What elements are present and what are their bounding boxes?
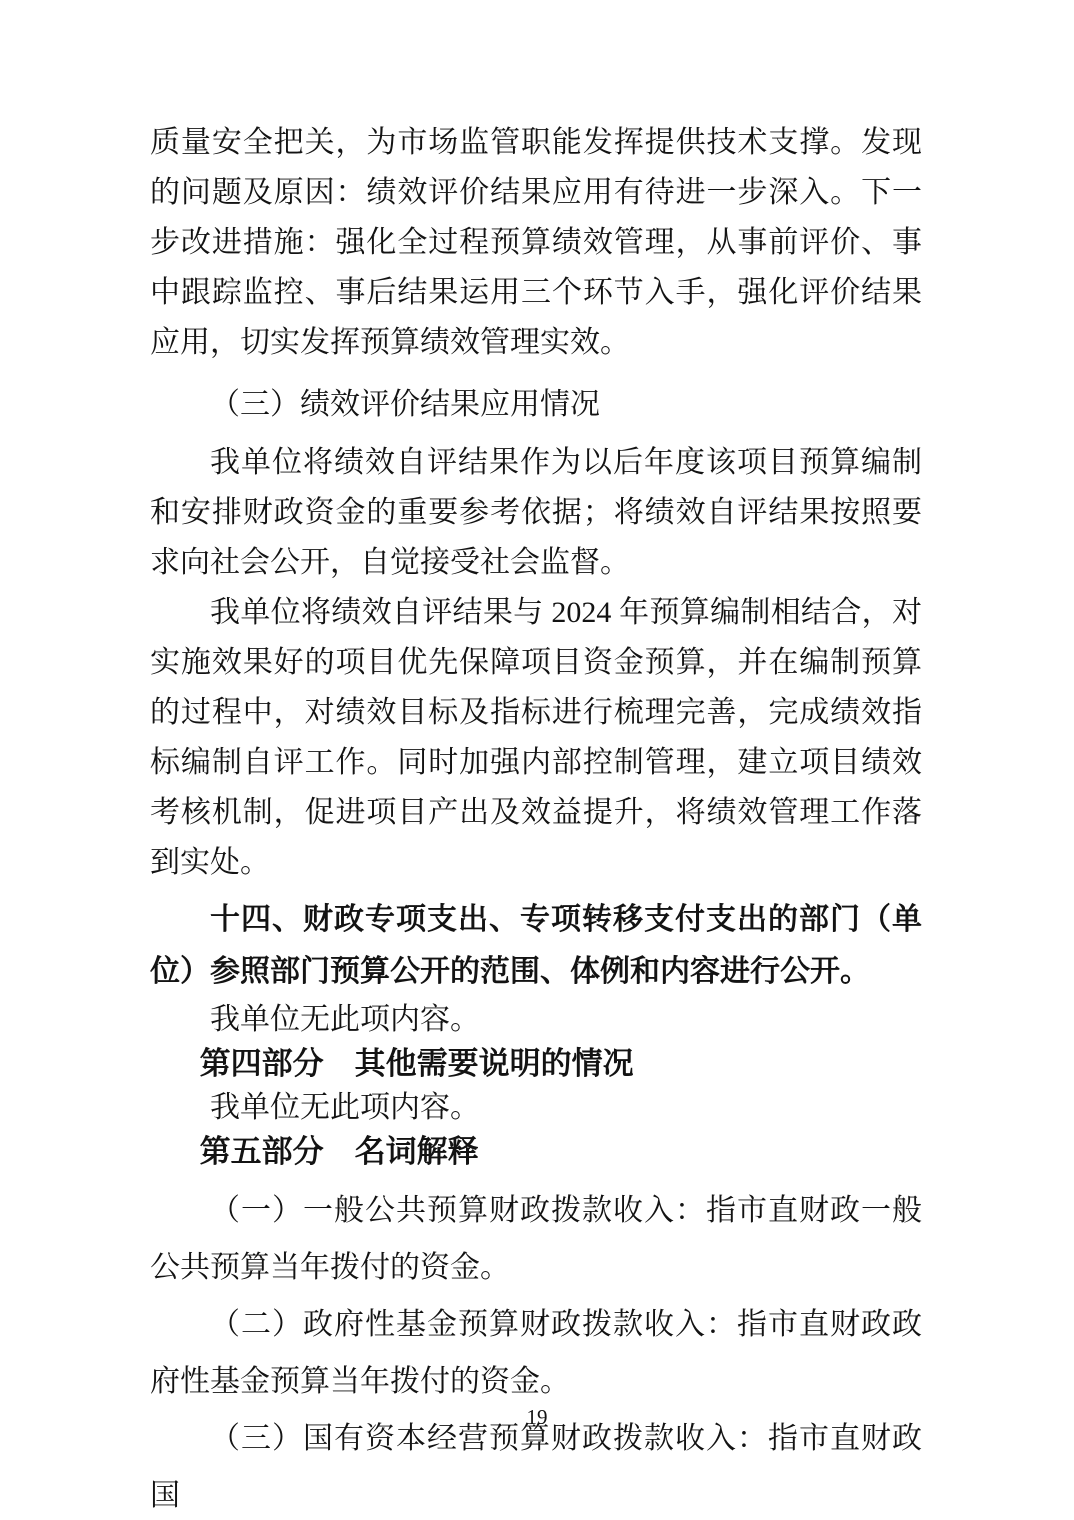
paragraph-self-evaluation-use: 我单位将绩效自评结果作为以后年度该项目预算编制和安排财政资金的重要参考依据；将绩… bbox=[150, 438, 922, 588]
heading-part-5: 第五部分 名词解释 bbox=[150, 1130, 922, 1174]
definition-general-public-budget: （一）一般公共预算财政拨款收入：指市直财政一般公共预算当年拨付的资金。 bbox=[150, 1182, 922, 1296]
page-number: 19 bbox=[0, 1405, 1074, 1430]
heading-part-4: 第四部分 其他需要说明的情况 bbox=[150, 1042, 922, 1086]
definitions-block: （一）一般公共预算财政拨款收入：指市直财政一般公共预算当年拨付的资金。 （二）政… bbox=[150, 1182, 922, 1520]
paragraph-performance-measures: 质量安全把关，为市场监管职能发挥提供技术支撑。发现的问题及原因：绩效评价结果应用… bbox=[150, 118, 922, 368]
paragraph-no-content-1: 我单位无此项内容。 bbox=[150, 998, 922, 1042]
definition-government-fund-budget: （二）政府性基金预算财政拨款收入：指市直财政政府性基金预算当年拨付的资金。 bbox=[150, 1296, 922, 1410]
heading-item-14: 十四、财政专项支出、专项转移支付支出的部门（单位）参照部门预算公开的范围、体例和… bbox=[150, 894, 922, 998]
paragraph-no-content-2: 我单位无此项内容。 bbox=[150, 1086, 922, 1130]
subheading-section-3: （三）绩效评价结果应用情况 bbox=[150, 380, 922, 430]
document-page: 质量安全把关，为市场监管职能发挥提供技术支撑。发现的问题及原因：绩效评价结果应用… bbox=[0, 0, 1074, 1520]
paragraph-2024-budget-link: 我单位将绩效自评结果与 2024 年预算编制相结合，对实施效果好的项目优先保障项… bbox=[150, 588, 922, 888]
